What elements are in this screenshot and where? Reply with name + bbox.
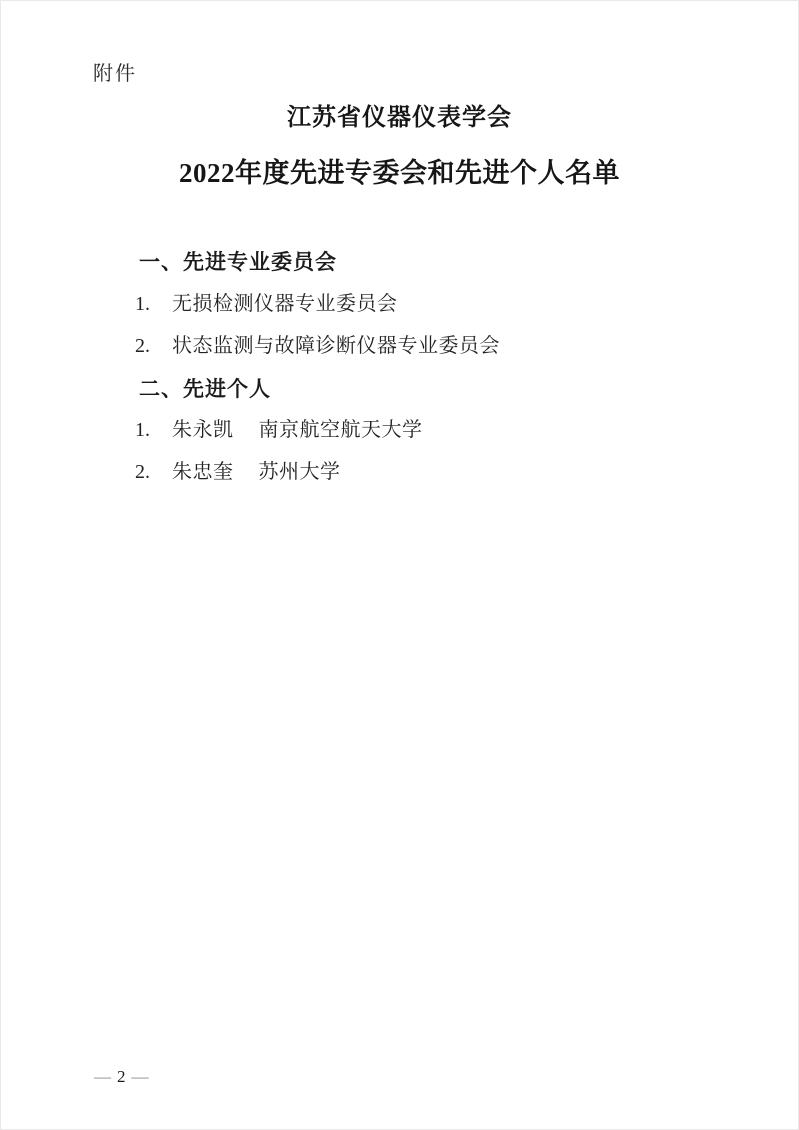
item-text: 状态监测与故障诊断仪器专业委员会 <box>172 335 500 357</box>
item-number: 2. <box>135 460 172 485</box>
section-heading-advanced-committees: 一、先进专业委员会 <box>139 249 337 275</box>
item-number: 2. <box>135 334 172 359</box>
person-name: 朱永凯 <box>172 419 234 441</box>
page-number: —2— <box>94 1067 149 1087</box>
footer-dash-left: — <box>94 1067 111 1086</box>
person-affiliation: 苏州大学 <box>259 461 341 483</box>
attachment-label: 附件 <box>93 57 137 86</box>
person-affiliation: 南京航空航天大学 <box>259 419 423 441</box>
item-number: 1. <box>135 418 172 443</box>
list-item-person-2: 2.朱忠奎苏州大学 <box>135 460 341 485</box>
list-item-committee-2: 2.状态监测与故障诊断仪器专业委员会 <box>135 334 500 359</box>
document-title-organization: 江苏省仪器仪表学会 <box>0 97 799 132</box>
item-text: 无损检测仪器专业委员会 <box>172 293 398 315</box>
list-item-committee-1: 1.无损检测仪器专业委员会 <box>135 292 398 317</box>
section-heading-advanced-individuals: 二、先进个人 <box>139 376 271 402</box>
footer-page-number: 2 <box>117 1067 126 1086</box>
person-name: 朱忠奎 <box>172 461 234 483</box>
list-item-person-1: 1.朱永凯南京航空航天大学 <box>135 418 423 443</box>
footer-dash-right: — <box>132 1067 149 1086</box>
document-page: 附件 江苏省仪器仪表学会 2022年度先进专委会和先进个人名单 一、先进专业委员… <box>0 0 799 1130</box>
document-title-subject: 2022年度先进专委会和先进个人名单 <box>0 151 799 190</box>
item-number: 1. <box>135 292 172 317</box>
